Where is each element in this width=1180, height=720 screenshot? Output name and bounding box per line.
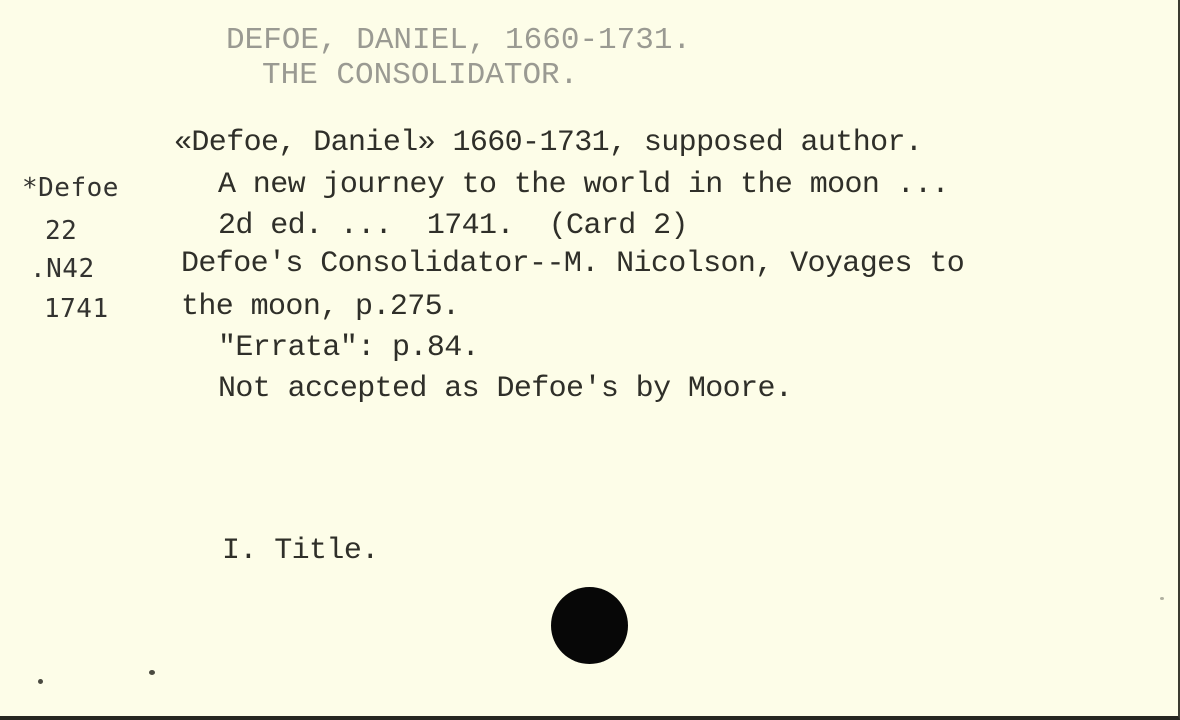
speck (149, 670, 155, 675)
note-errata: "Errata": p.84. (218, 333, 479, 363)
call-number-line: *Defoe (22, 175, 119, 201)
catalog-card: DEFOE, DANIEL, 1660-1731. THE CONSOLIDAT… (0, 0, 1180, 720)
speck (1160, 597, 1164, 600)
note-attribution: Not accepted as Defoe's by Moore. (218, 374, 792, 404)
main-entry: «Defoe, Daniel» 1660-1731, supposed auth… (174, 128, 922, 158)
speck (38, 679, 43, 684)
tracing: I. Title. (222, 536, 379, 566)
edition-statement: 2d ed. ... 1741. (Card 2) (218, 211, 688, 241)
card-header-heading: DEFOE, DANIEL, 1660-1731. (226, 25, 691, 56)
note-consolidator: Defoe's Consolidator--M. Nicolson, Voyag… (181, 249, 964, 279)
call-number-line: .N42 (30, 256, 95, 282)
call-number-line: 22 (45, 218, 77, 244)
card-header-title: THE CONSOLIDATOR. (262, 60, 578, 91)
note-consolidator-cont: the moon, p.275. (181, 292, 459, 322)
title-statement: A new journey to the world in the moon .… (218, 170, 949, 200)
card-punch-hole (551, 587, 628, 664)
call-number-line: 1741 (44, 296, 109, 322)
